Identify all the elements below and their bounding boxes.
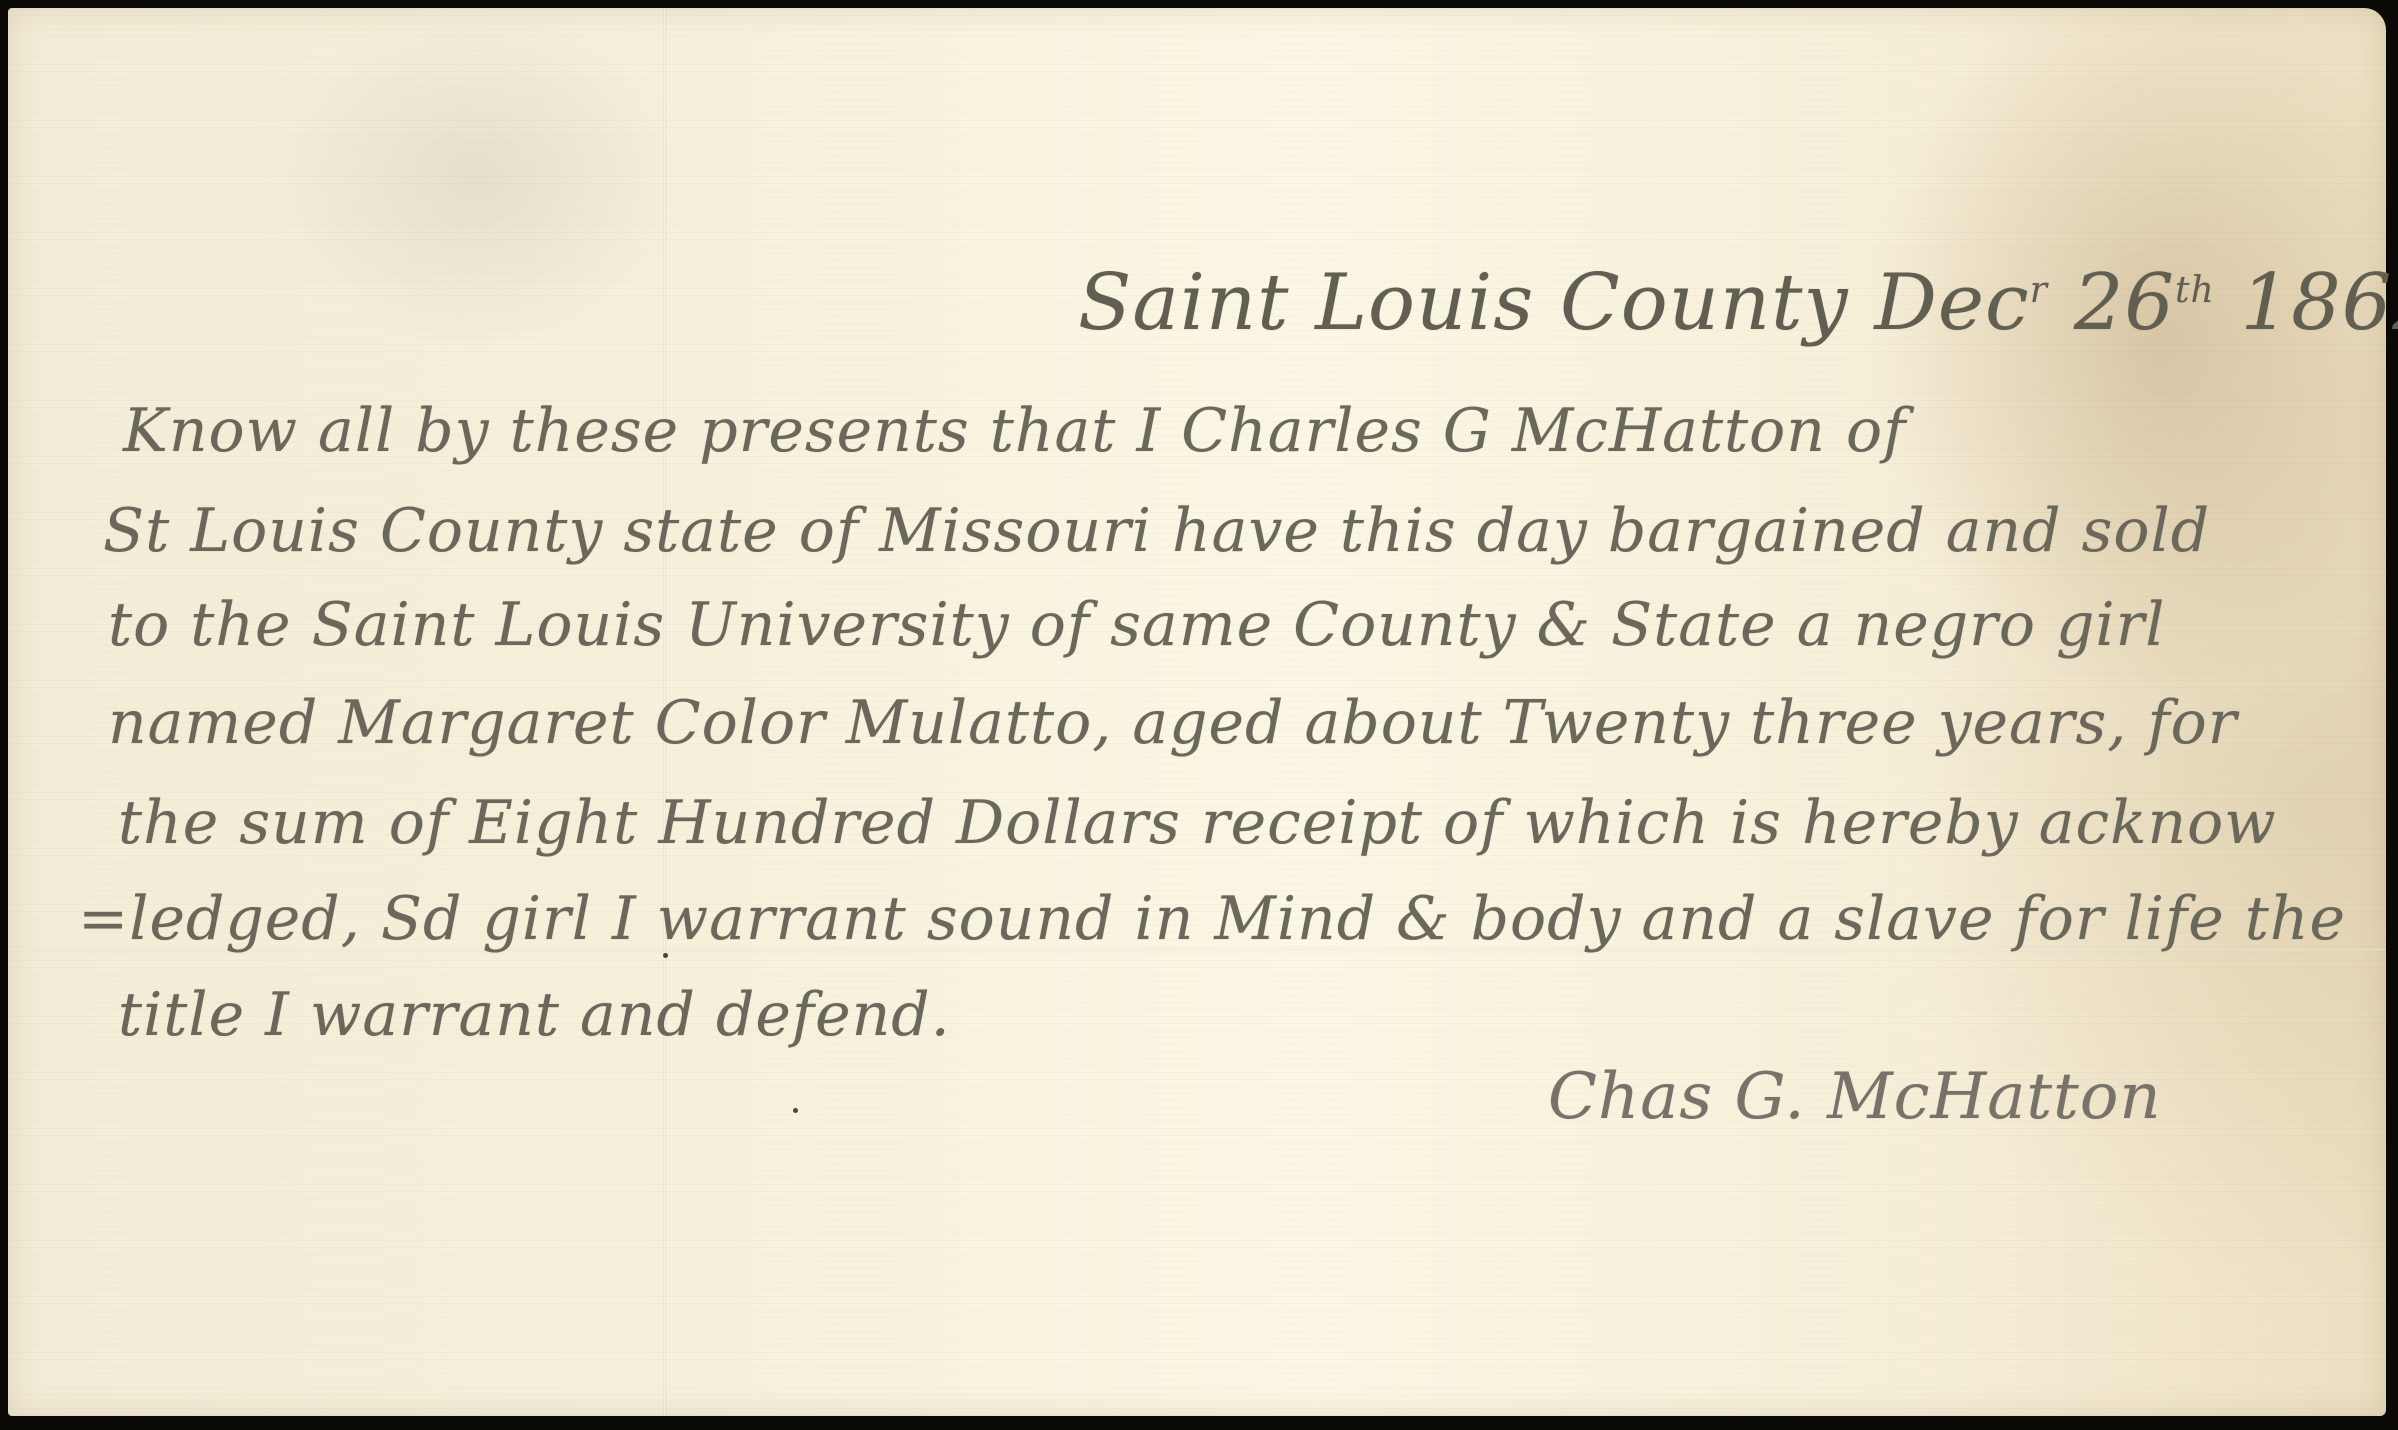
- body-line: to the Saint Louis University of same Co…: [108, 590, 2165, 660]
- ink-speck: [663, 953, 668, 958]
- body-line: title I warrant and defend.: [118, 980, 951, 1050]
- document-heading-place-date: Saint Louis County Decr 26th 1862: [1078, 258, 2398, 348]
- heading-place: Saint Louis County: [1078, 258, 1849, 348]
- body-line: Know all by these presents that I Charle…: [123, 396, 1906, 466]
- heading-month-suffix: r: [2030, 270, 2048, 311]
- body-line: named Margaret Color Mulatto, aged about…: [108, 688, 2237, 758]
- ink-speck: [793, 1108, 798, 1113]
- document-page: Saint Louis County Decr 26th 1862 Know a…: [8, 8, 2386, 1416]
- signature: Chas G. McHatton: [1548, 1060, 2162, 1134]
- body-line: =ledged, Sd girl I warrant sound in Mind…: [78, 884, 2346, 954]
- body-line: the sum of Eight Hundred Dollars receipt…: [118, 788, 2277, 858]
- heading-day: 26: [2074, 258, 2175, 348]
- body-line: St Louis County state of Missouri have t…: [103, 496, 2210, 566]
- heading-month: Dec: [1874, 258, 2029, 348]
- heading-year: 1862: [2240, 258, 2398, 348]
- heading-day-suffix: th: [2175, 270, 2215, 311]
